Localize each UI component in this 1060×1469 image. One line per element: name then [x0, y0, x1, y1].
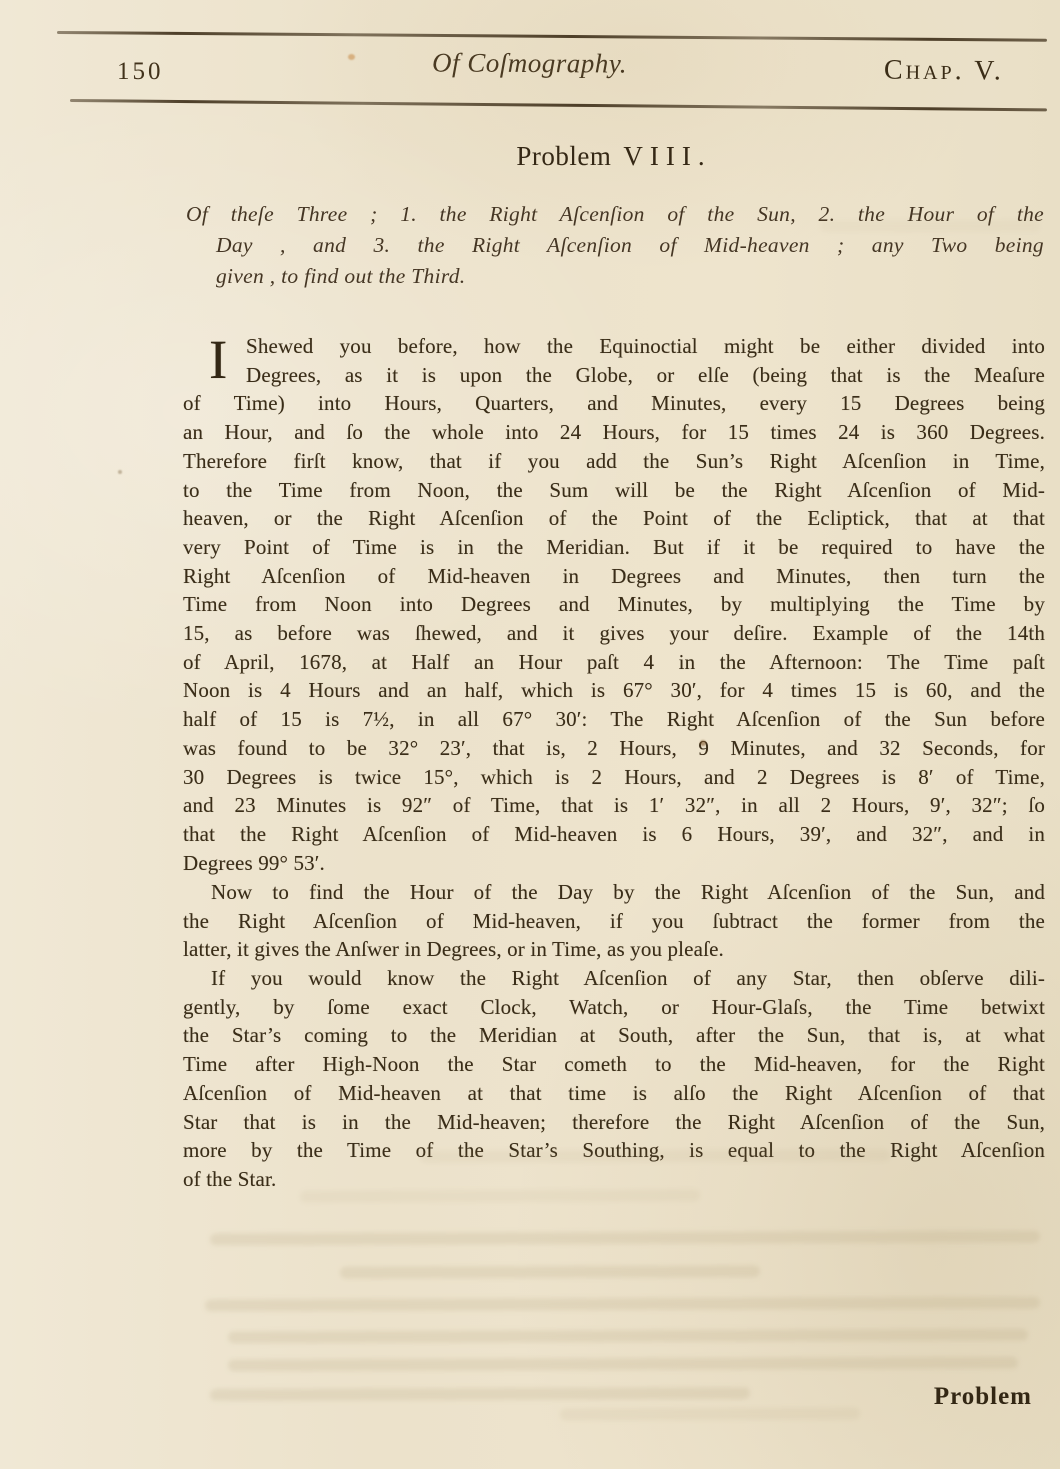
drop-cap: I: [209, 332, 227, 387]
ghost-showthrough: [210, 1387, 750, 1401]
body-line: Degrees 99° 53′.: [183, 849, 1045, 878]
body-line: and 23 Minutes is 92″ of Time, that is 1…: [183, 791, 1045, 820]
chapter-label: Chap. V.: [884, 54, 1004, 87]
book-page: 150 Of Coſmography. Chap. V. ProblemVIII…: [0, 0, 1060, 1469]
body-line: Star that is in the Mid-heaven; therefor…: [183, 1108, 1045, 1137]
ghost-showthrough: [300, 1189, 700, 1202]
problem-heading-numeral: VIII.: [623, 141, 711, 171]
ghost-showthrough: [228, 1329, 1028, 1344]
body-line: to the Time from Noon, the Sum will be t…: [183, 476, 1045, 505]
ghost-showthrough: [210, 1231, 1040, 1246]
body-line: of Time) into Hours, Quarters, and Minut…: [183, 389, 1045, 418]
catchword: Problem: [934, 1383, 1032, 1411]
body-line: half of 15 is 7½, in all 67° 30′: The Ri…: [183, 705, 1045, 734]
running-title: Of Coſmography.: [432, 47, 627, 79]
ghost-showthrough: [420, 1149, 890, 1163]
ghost-showthrough: [228, 1357, 1018, 1372]
body-line: Degrees, as it is upon the Globe, or elſ…: [183, 361, 1045, 390]
paragraph-2: Now to find the Hour of the Day by the R…: [183, 878, 1045, 964]
body-line: heaven, or the Right Aſcenſion of the Po…: [183, 504, 1045, 533]
header-rule-bottom: [70, 99, 1047, 112]
intro-line: given , to find out the Third.: [186, 261, 1044, 292]
ink-speck: [700, 740, 706, 746]
body-line: the Star’s coming to the Meridian at Sou…: [183, 1021, 1045, 1050]
body-line: that the Right Aſcenſion of Mid-heaven i…: [183, 820, 1045, 849]
body-line: Time after High-Noon the Star cometh to …: [183, 1050, 1045, 1079]
body-line: Shewed you before, how the Equinoctial m…: [183, 332, 1045, 361]
problem-heading-word: Problem: [516, 141, 611, 171]
ghost-showthrough: [820, 220, 1040, 233]
header-rule-top: [57, 31, 1047, 42]
body-line: very Point of Time is in the Meridian. B…: [183, 533, 1045, 562]
body-line: If you would know the Right Aſcenſion of…: [183, 964, 1045, 993]
body-line: latter, it gives the Anſwer in Degrees, …: [183, 935, 1045, 964]
ghost-showthrough: [340, 1265, 760, 1278]
body-line: Right Aſcenſion of Mid-heaven in Degrees…: [183, 562, 1045, 591]
body-line: 30 Degrees is twice 15°, which is 2 Hour…: [183, 763, 1045, 792]
body-line: 15, as before was ſhewed, and it gives y…: [183, 619, 1045, 648]
ink-speck: [118, 470, 122, 474]
body-line: Therefore firſt know, that if you add th…: [183, 447, 1045, 476]
ghost-showthrough: [560, 1407, 860, 1420]
body-line: of April, 1678, at Half an Hour paſt 4 i…: [183, 648, 1045, 677]
body-line: Time from Noon into Degrees and Minutes,…: [183, 590, 1045, 619]
body-line: Aſcenſion of Mid-heaven at that time is …: [183, 1079, 1045, 1108]
page-number: 150: [117, 58, 164, 86]
body-line: an Hour, and ſo the whole into 24 Hours,…: [183, 418, 1045, 447]
ghost-showthrough: [205, 1297, 1040, 1312]
body-line: Noon is 4 Hours and an half, which is 67…: [183, 676, 1045, 705]
problem-statement: Of theſe Three ; 1. the Right Aſcenſion …: [186, 199, 1044, 292]
intro-line: Day , and 3. the Right Aſcenſion of Mid-…: [186, 230, 1044, 261]
body-line: was found to be 32° 23′, that is, 2 Hour…: [183, 734, 1045, 763]
body-line: gently, by ſome exact Clock, Watch, or H…: [183, 993, 1045, 1022]
paragraph-1: I Shewed you before, how the Equinoctial…: [183, 332, 1045, 877]
body-line: the Right Aſcenſion of Mid-heaven, if yo…: [183, 907, 1045, 936]
body-line: Now to find the Hour of the Day by the R…: [183, 878, 1045, 907]
foxing-speck: [348, 54, 355, 60]
problem-heading: ProblemVIII.: [183, 141, 1045, 172]
